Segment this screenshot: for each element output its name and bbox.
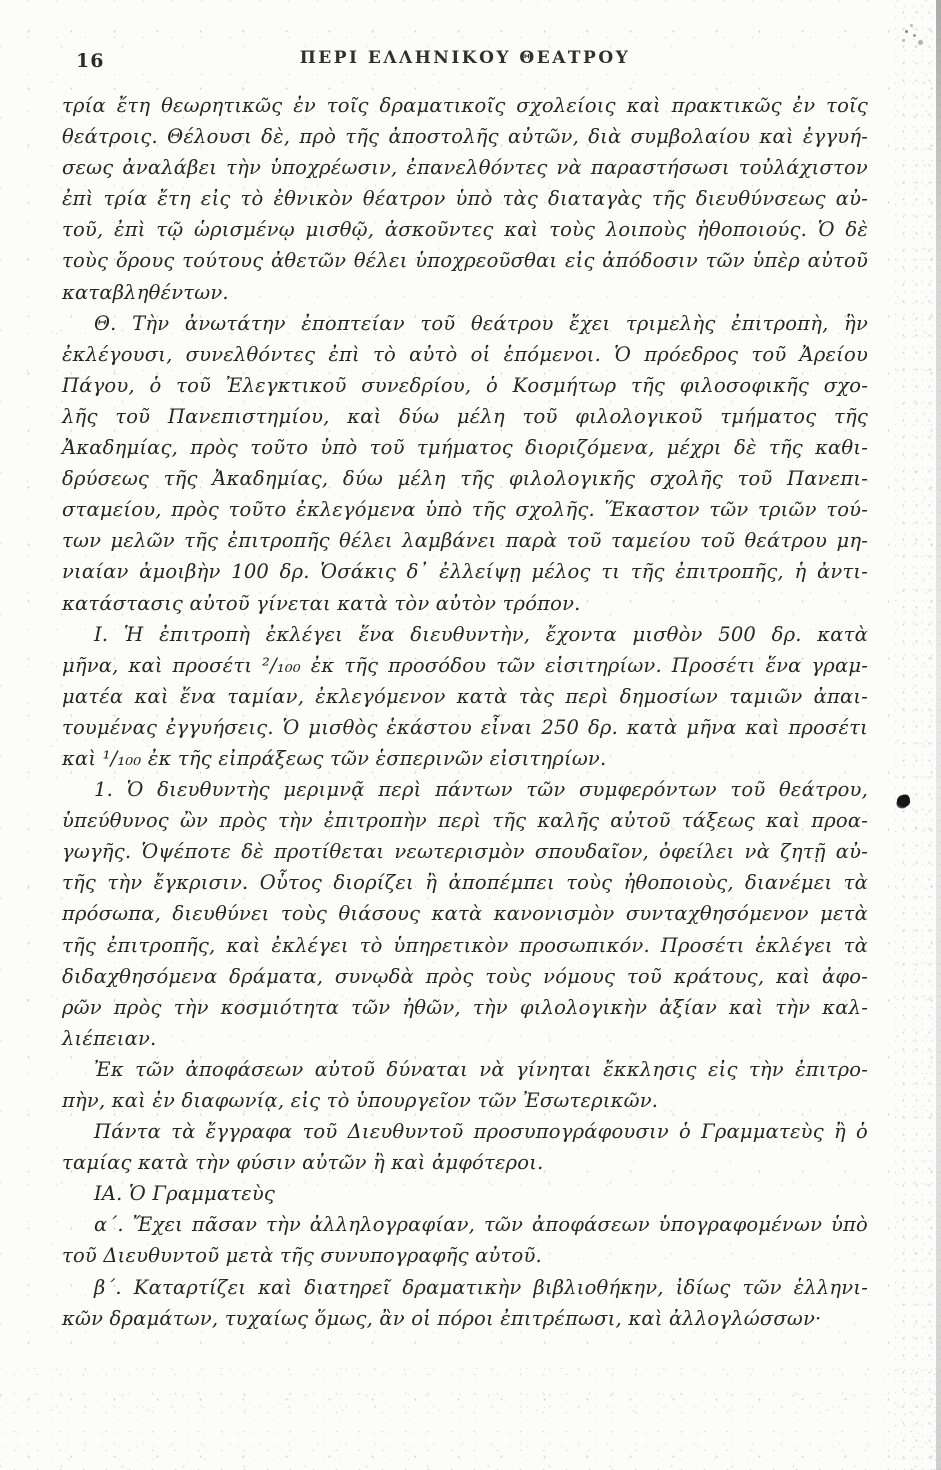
text-line: τοῦ, ἐπὶ τῷ ὡρισμένῳ μισθῷ, ἀσκοῦντες κα…: [62, 214, 868, 245]
text-line: τοὺς ὅρους τούτους ἀθετῶν θέλει ὑποχρεοῦ…: [62, 245, 868, 276]
text-line: θεάτροις. Θέλουσι δὲ, πρὸ τῆς ἀποστολῆς …: [62, 121, 868, 152]
scanned-book-page: 16 ΠΕΡΙ ΕΛΛΗΝΙΚΟΥ ΘΕΑΤΡΟΥ τρία ἔτη θεωρη…: [0, 0, 941, 1470]
text-line: Ι. Ἡ ἐπιτροπὴ ἐκλέγει ἕνα διευθυντὴν, ἔχ…: [62, 619, 868, 650]
text-line: ΙΑ. Ὁ Γραμματεὺς: [62, 1178, 868, 1209]
text-line: λιέπειαν.: [62, 1023, 868, 1054]
paragraph: Ι. Ἡ ἐπιτροπὴ ἐκλέγει ἕνα διευθυντὴν, ἔχ…: [62, 619, 868, 774]
text-line: τῆς ἐπιτροπῆς, καὶ ἐκλέγει τὸ ὑπηρετικὸν…: [62, 930, 868, 961]
paragraph: ΙΑ. Ὁ Γραμματεὺς: [62, 1178, 868, 1209]
page-title: ΠΕΡΙ ΕΛΛΗΝΙΚΟΥ ΘΕΑΤΡΟΥ: [62, 48, 868, 68]
text-line: ὑπεύθυνος ὢν πρὸς τὴν ἐπιτροπὴν περὶ τῆς…: [62, 805, 868, 836]
text-line: ἐκλέγουσι, συνελθόντες ἐπὶ τὸ αὐτὸ οἱ ἑπ…: [62, 339, 868, 370]
text-line: καταβληθέντων.: [62, 277, 868, 308]
text-line: ταμίας κατὰ τὴν φύσιν αὐτῶν ἢ καὶ ἀμφότε…: [62, 1147, 868, 1178]
text-line: Πάγου, ὁ τοῦ Ἐλεγκτικοῦ συνεδρίου, ὁ Κοσ…: [62, 370, 868, 401]
text-line: λῆς τοῦ Πανεπιστημίου, καὶ δύω μέλη τοῦ …: [62, 401, 868, 432]
text-line: γωγῆς. Ὁψέποτε δὲ προτίθεται νεωτερισμὸν…: [62, 836, 868, 867]
paragraph: Ἐκ τῶν ἀποφάσεων αὐτοῦ δύναται νὰ γίνητα…: [62, 1054, 868, 1116]
paragraph: Θ. Τὴν ἀνωτάτην ἐποπτείαν τοῦ θεάτρου ἔχ…: [62, 308, 868, 619]
text-line: πρόσωπα, διευθύνει τοὺς θιάσους κατὰ καν…: [62, 898, 868, 929]
text-line: τῆς τὴν ἔγκρισιν. Οὗτος διορίζει ἢ ἀποπέ…: [62, 867, 868, 898]
paragraph: α΄. Ἔχει πᾶσαν τὴν ἀλληλογραφίαν, τῶν ἀπ…: [62, 1209, 868, 1271]
ink-spot: [896, 794, 911, 808]
text-line: τρία ἔτη θεωρητικῶς ἐν τοῖς δραματικοῖς …: [62, 90, 868, 121]
body-text: τρία ἔτη θεωρητικῶς ἐν τοῖς δραματικοῖς …: [62, 90, 868, 1334]
text-line: σεως ἀναλάβει τὴν ὑποχρέωσιν, ἐπανελθόντ…: [62, 152, 868, 183]
text-line: Ἐκ τῶν ἀποφάσεων αὐτοῦ δύναται νὰ γίνητα…: [62, 1054, 868, 1085]
text-line: α΄. Ἔχει πᾶσαν τὴν ἀλληλογραφίαν, τῶν ἀπ…: [62, 1209, 868, 1240]
paragraph: β΄. Καταρτίζει καὶ διατηρεῖ δραματικὴν β…: [62, 1272, 868, 1334]
text-line: ρῶν πρὸς τὴν κοσμιότητα τῶν ἠθῶν, τὴν φι…: [62, 992, 868, 1023]
paragraph: 1. Ὁ διευθυντὴς μεριμνᾷ περὶ πάντων τῶν …: [62, 774, 868, 1054]
running-head: 16 ΠΕΡΙ ΕΛΛΗΝΙΚΟΥ ΘΕΑΤΡΟΥ: [62, 48, 868, 82]
text-line: σταμείου, πρὸς τοῦτο ἐκλεγόμενα ὑπὸ τῆς …: [62, 494, 868, 525]
text-line: Θ. Τὴν ἀνωτάτην ἐποπτείαν τοῦ θεάτρου ἔχ…: [62, 308, 868, 339]
paragraph: τρία ἔτη θεωρητικῶς ἐν τοῖς δραματικοῖς …: [62, 90, 868, 308]
text-line: δρύσεως τῆς Ἀκαδημίας, δύω μέλη τῆς φιλο…: [62, 463, 868, 494]
scan-noise-right: [895, 0, 941, 1470]
text-line: 1. Ὁ διευθυντὴς μεριμνᾷ περὶ πάντων τῶν …: [62, 774, 868, 805]
page-edge-shadow: [936, 0, 941, 1470]
page-number: 16: [76, 50, 104, 72]
text-line: τοῦ Διευθυντοῦ μετὰ τῆς συνυπογραφῆς αὐτ…: [62, 1240, 868, 1271]
text-line: πὴν, καὶ ἐν διαφωνίᾳ, εἰς τὸ ὑπουργεῖον …: [62, 1085, 868, 1116]
text-line: μῆνα, καὶ προσέτι ²/₁₀₀ ἐκ τῆς προσόδου …: [62, 650, 868, 681]
text-line: ἐπὶ τρία ἔτη εἰς τὸ ἐθνικὸν θέατρον ὑπὸ …: [62, 183, 868, 214]
scan-specks: [905, 30, 908, 33]
text-line: καὶ ¹/₁₀₀ ἐκ τῆς εἰπράξεως τῶν ἑσπερινῶν…: [62, 743, 868, 774]
text-line: Ἀκαδημίας, πρὸς τοῦτο ὑπὸ τοῦ τμήματος δ…: [62, 432, 868, 463]
text-block: 16 ΠΕΡΙ ΕΛΛΗΝΙΚΟΥ ΘΕΑΤΡΟΥ τρία ἔτη θεωρη…: [62, 48, 868, 1334]
text-line: κῶν δραμάτων, τυχαίως ὅμως, ἂν οἱ πόροι …: [62, 1303, 868, 1334]
text-line: β΄. Καταρτίζει καὶ διατηρεῖ δραματικὴν β…: [62, 1272, 868, 1303]
text-line: νιαίαν ἀμοιβὴν 100 δρ. Ὁσάκις δ᾽ ἐλλείψῃ…: [62, 556, 868, 587]
text-line: κατάστασις αὐτοῦ γίνεται κατὰ τὸν αὐτὸν …: [62, 588, 868, 619]
scan-noise-bottom: [0, 1360, 941, 1470]
text-line: τουμένας ἐγγυήσεις. Ὁ μισθὸς ἑκάστου εἶν…: [62, 712, 868, 743]
paragraph: Πάντα τὰ ἔγγραφα τοῦ Διευθυντοῦ προσυπογ…: [62, 1116, 868, 1178]
text-line: ματέα καὶ ἕνα ταμίαν, ἐκλεγόμενον κατὰ τ…: [62, 681, 868, 712]
text-line: διδαχθησόμενα δράματα, συνῳδὰ πρὸς τοὺς …: [62, 961, 868, 992]
text-line: των μελῶν τῆς ἐπιτροπῆς θέλει λαμβάνει π…: [62, 525, 868, 556]
text-line: Πάντα τὰ ἔγγραφα τοῦ Διευθυντοῦ προσυπογ…: [62, 1116, 868, 1147]
